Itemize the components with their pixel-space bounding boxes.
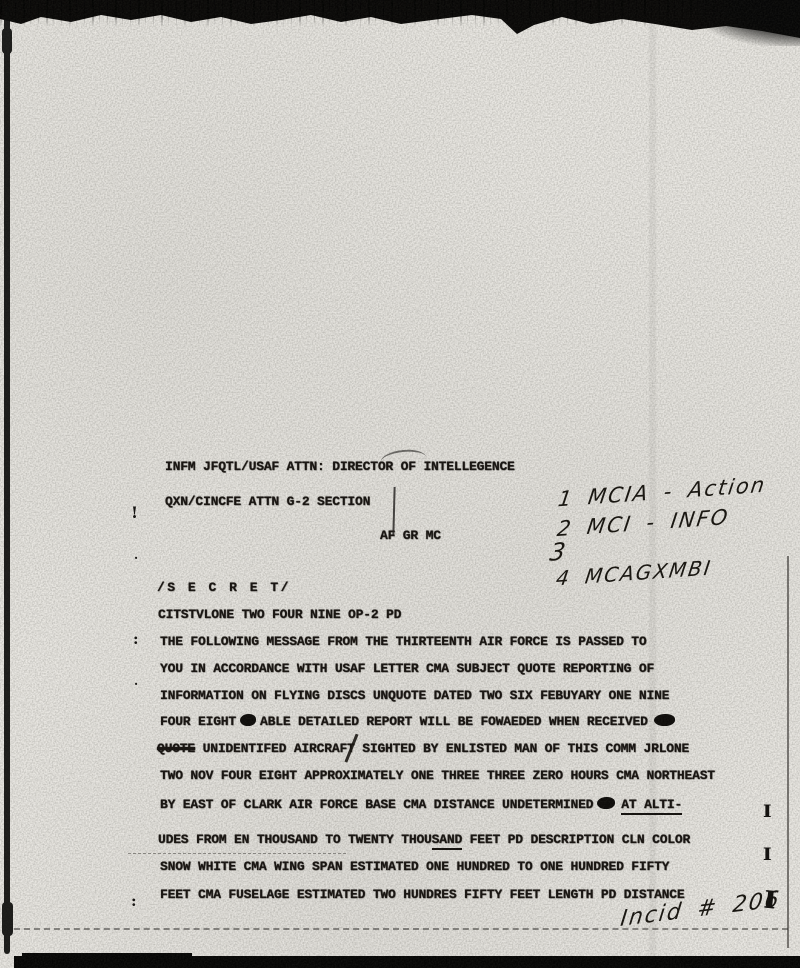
right-margin-mark: I [763,802,771,822]
body-text: FOUR EIGHT [160,714,236,729]
underlined-text: AT ALTI- [621,797,682,815]
handwritten-routing-note: 1 MCIA - Action [557,473,768,512]
handwritten-routing-note: 3 [548,537,569,567]
body-line: FOUR EIGHTABLE DETAILED REPORT WILL BE F… [160,714,679,729]
film-edge-left [4,6,10,954]
film-streaks [0,0,800,28]
body-text: FEET PD DESCRIPTION CLN COLOR [462,832,690,847]
body-line: INFORMATION ON FLYING DISCS UNQUOTE DATE… [160,688,669,703]
body-text: UDES FROM EN THOUSAND TO TWENTY THOU [158,832,432,847]
left-margin-mark: . [134,548,138,562]
film-edge-right-line [787,556,789,948]
body-line: UDES FROM EN THOUSAND TO TWENTY THOUSAND… [158,832,690,847]
header-addressee-line: QXN/CINCFE ATTN G-2 SECTION [165,494,370,509]
handwritten-routing-note: 2 MCI - INFO [556,505,731,541]
redaction-blob [597,797,615,809]
body-line: YOU IN ACCORDANCE WITH USAF LETTER CMA S… [160,661,654,676]
left-margin-mark: . [134,674,138,688]
body-line: QUOTE UNIDENTIFED AIRCRAFT SIGHTED BY EN… [157,741,689,756]
body-text: UNIDENTIFED AIRCRAFT SIGHTED BY ENLISTED… [195,741,689,756]
redaction-blob [654,714,675,726]
body-cite-line: CITSTVLONE TWO FOUR NINE OP-2 PD [158,607,401,622]
body-line: THE FOLLOWING MESSAGE FROM THE THIRTEENT… [160,634,646,649]
classification-marking: /S E C R E T/ [157,580,291,595]
film-smudge-top-right [690,0,800,46]
left-margin-mark: : [133,630,139,648]
header-routing-code: AF GR MC [380,528,441,543]
film-edge-bottom [14,956,800,968]
right-margin-mark: I [763,845,771,865]
body-line: BY EAST OF CLARK AIR FORCE BASE CMA DIST… [160,797,682,812]
handwritten-routing-note: 4 MCAGXMBI [554,555,713,590]
body-text: ABLE DETAILED REPORT WILL BE FOWAEDED WH… [260,714,648,729]
underlined-text: SAND [432,832,462,850]
left-margin-mark: : [131,892,137,910]
left-margin-mark: ! [131,503,138,522]
body-line: SNOW WHITE CMA WING SPAN ESTIMATED ONE H… [160,859,669,874]
document-sheet: INFM JFQTL/USAF ATTN: DIRECTOR OF INTELL… [0,0,800,968]
body-text: BY EAST OF CLARK AIR FORCE BASE CMA DIST… [160,797,593,812]
pencil-dashed-underline [128,853,346,854]
header-info-line: INFM JFQTL/USAF ATTN: DIRECTOR OF INTELL… [165,459,515,474]
redaction-blob [240,714,256,726]
body-line: TWO NOV FOUR EIGHT APPROXIMATELY ONE THR… [160,768,715,783]
dashed-cut-line [14,928,788,930]
body-line: FEET CMA FUSELAGE ESTIMATED TWO HUNDRES … [160,887,685,902]
struck-word: QUOTE [157,741,195,756]
